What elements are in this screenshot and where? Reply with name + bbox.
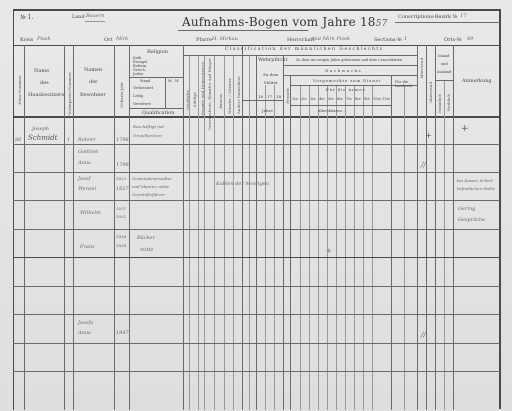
fremde-header: Fremde xyxy=(285,88,290,104)
bewohner-value: Anna xyxy=(78,160,91,166)
bewohner-value: Anna xyxy=(78,330,91,336)
col-line xyxy=(183,45,184,410)
inland-3: Ausland xyxy=(437,70,451,74)
stand-divider xyxy=(165,77,166,108)
stand-m: M. xyxy=(168,79,173,83)
year-col: 10te xyxy=(373,97,381,101)
col-line xyxy=(309,85,310,410)
year-col: 7te xyxy=(346,97,352,101)
wehrpflicht-header: Wehrpflicht xyxy=(258,57,287,63)
age-col: 17 xyxy=(267,94,272,99)
row-separator xyxy=(13,200,500,201)
namen-bewohner-header-1: Namen xyxy=(84,67,102,73)
jahr-value: 1834 xyxy=(116,234,126,239)
anmerkung-line-2: befindlichen Stelle xyxy=(457,186,495,191)
header-rule xyxy=(435,80,453,81)
qualification-line-1: Bäcker xyxy=(137,235,155,241)
pfarre-value: H. Mirkau xyxy=(212,36,238,42)
classification-title: Classification der männlichen Geschlecht… xyxy=(225,47,384,52)
year-col: 8te xyxy=(355,97,361,101)
col-line xyxy=(283,55,284,410)
census-sheet: № 1. Land Bauern Aufnahms-Bogen vom Jahr… xyxy=(0,0,512,411)
row-separator xyxy=(13,343,500,344)
sections-value: 1 xyxy=(404,36,407,42)
herrschaft-label: Herrschaft xyxy=(287,37,315,43)
conscriptions-underline xyxy=(395,22,500,23)
ort-label: Ort xyxy=(104,37,113,43)
col-line xyxy=(256,55,257,410)
header-rule xyxy=(290,105,391,106)
tick-mark: + xyxy=(425,131,432,140)
qualification-divider xyxy=(130,108,183,109)
anmerkung-header: Anmerkung xyxy=(462,78,492,84)
jahr-value: 1838 xyxy=(116,243,126,248)
religion-title: Religion xyxy=(147,49,168,55)
vertical-header: Adelige xyxy=(192,92,197,107)
row-separator xyxy=(13,144,500,145)
bewohner-value: Franz xyxy=(80,244,95,250)
tick-marks: // xyxy=(421,161,426,169)
name-hausbesitzer-header-2: des xyxy=(40,80,49,86)
maennlich-header: Männlich xyxy=(437,94,442,113)
vertical-header: Geistliche xyxy=(185,90,190,110)
geburtsjahr-header: Geburts-Jahr xyxy=(119,82,124,108)
qualification-header: Qualification xyxy=(142,110,174,116)
sub-title: Zu dem im vorigen Jahre geborenen und de… xyxy=(296,58,402,62)
bewohner-value: Wenzel xyxy=(78,186,96,192)
weiblich-header: Weiblich xyxy=(446,94,451,111)
row-separator xyxy=(13,172,500,173)
col-line xyxy=(300,85,301,410)
stand-w: W. xyxy=(175,79,179,83)
jahr-value: 1796 xyxy=(116,162,129,168)
year-col: 1te xyxy=(292,97,298,101)
qualification-line-1: Gemeindeverwalter xyxy=(132,176,172,181)
col-line xyxy=(64,45,65,410)
anmerkung-line-2: Gespräche xyxy=(458,217,485,223)
kreis-value: Pisek xyxy=(37,36,51,42)
col-line xyxy=(214,55,215,410)
altersklassen-label: Altersklassen ... xyxy=(318,109,346,113)
col-line xyxy=(426,45,427,410)
col-line xyxy=(290,75,291,410)
jahr-value: 1827 xyxy=(116,186,129,192)
page-title: Aufnahms-Bogen vom Jahre 1857 xyxy=(182,15,387,29)
year-col: 6te xyxy=(337,97,343,101)
title-underline xyxy=(178,30,308,31)
header-rule xyxy=(183,55,417,56)
stand-row: Verwitwet xyxy=(133,102,151,106)
religion-block-divider xyxy=(130,77,183,78)
anmerkung-line-1: bei Kaiser, Scherl xyxy=(457,178,493,183)
col-line xyxy=(13,45,14,410)
col-line xyxy=(73,45,74,410)
col-line xyxy=(318,85,319,410)
col-line xyxy=(336,85,337,410)
number-label: № 1. xyxy=(20,14,33,21)
partei-value: 1 xyxy=(67,137,70,143)
year-col: 5te xyxy=(328,97,334,101)
cross-mark-small: + xyxy=(326,247,332,255)
year-col: 2te xyxy=(301,97,307,101)
middle-note: Koblen der Meistgen xyxy=(216,181,269,187)
vorgemerkte-header: Vorgemerkte zum Dienst xyxy=(313,78,381,83)
year-col: 11te xyxy=(382,97,390,101)
col-line xyxy=(453,45,454,410)
vertical-header: Andere Einwohner xyxy=(236,76,241,114)
frame-right xyxy=(499,9,501,409)
landwehr-2: Landwehr xyxy=(395,84,413,88)
row-separator xyxy=(13,371,500,372)
header-rule xyxy=(283,75,417,76)
jahre-label: Jahre xyxy=(262,108,273,113)
cross-mark: + xyxy=(461,124,469,134)
stand-row: Verheiratet xyxy=(133,86,153,90)
col-line xyxy=(404,85,405,410)
name-hausbesitzer-header-3: Hausbesitzers xyxy=(28,92,64,98)
qualification-line-1: Beschäftigt mit xyxy=(133,124,164,129)
inland-2: und xyxy=(441,62,448,66)
row-separator xyxy=(13,229,500,230)
bewohner-value: Gottlieb xyxy=(78,149,98,155)
nachwuchs-header: Nachwuchs xyxy=(325,68,362,73)
vertical-header: Häusler / Gärtner xyxy=(227,78,232,114)
inland-1: Inland xyxy=(438,54,449,58)
bewohner-value: Rohrer xyxy=(78,137,96,143)
conscriptions-value: 17 xyxy=(460,13,466,19)
orts-label: Orts-№ xyxy=(444,37,462,43)
year-col: 4te xyxy=(319,97,325,101)
name-hausbesitzer-header-1: Name xyxy=(34,68,49,74)
haus-nummer-header: Haus-Nummer xyxy=(17,75,22,105)
row-separator xyxy=(13,257,500,258)
herrschaft-value: Gut Mirk Pisek xyxy=(312,36,350,42)
qualification-line-2: Grundbesitzer xyxy=(133,133,162,138)
wohnpartei-header: Wohnpartei-Nummer xyxy=(67,72,72,115)
jahr-value: 1796 xyxy=(116,137,129,143)
bewohner-value: Wilhelm xyxy=(80,210,101,216)
frame-top xyxy=(13,9,500,11)
anmerkung-line-1: Gering xyxy=(458,206,475,212)
col-line xyxy=(444,80,445,410)
col-line xyxy=(345,85,346,410)
sections-label: Sections-№ xyxy=(374,37,402,43)
haus-nr-value: 86 xyxy=(15,137,21,143)
jahr-value: 1832 xyxy=(116,214,126,219)
col-line xyxy=(354,85,355,410)
besitzer-value: Schmidt xyxy=(28,134,57,142)
ort-value: Mirk xyxy=(116,36,128,42)
header-rule xyxy=(243,100,283,101)
land-value: Bauern xyxy=(86,13,104,19)
abwesend-header-2: Abwesend xyxy=(428,82,433,103)
qualification-line-3: Geschäftsführer xyxy=(132,192,165,197)
vertical-header: Gewerbsleute, Künstler und Bürger xyxy=(207,58,212,130)
abwesend-header: Abwesend xyxy=(419,58,424,79)
qualification-line-2: mitte xyxy=(140,247,153,253)
conscriptions-label: Conscriptions-Bezirk № xyxy=(398,14,457,20)
col-line xyxy=(198,55,199,410)
religion-row: Juden xyxy=(133,72,143,76)
vertical-header: Bauern xyxy=(218,94,223,109)
kreis-label: Kreis xyxy=(20,37,33,43)
age-col: 18 xyxy=(276,94,281,99)
qualification-line-2: und Maurer, mitte xyxy=(132,184,169,189)
tick-marks: // xyxy=(421,331,426,339)
land-underline xyxy=(85,21,105,22)
jahr-value: 1847 xyxy=(116,330,129,336)
jahr-value: 1823 xyxy=(116,176,126,181)
bewohner-value: Josefa xyxy=(78,320,93,326)
col-line xyxy=(129,45,130,410)
col-line xyxy=(233,55,234,410)
orts-value: 89 xyxy=(467,36,473,42)
col-line xyxy=(435,45,436,410)
col-line xyxy=(224,55,225,410)
besitzer-firstname: Joseph xyxy=(32,126,49,132)
col-line xyxy=(24,45,25,410)
zum-militaer-2: Militär xyxy=(264,80,278,85)
col-line xyxy=(114,45,115,410)
pfarre-label: Pfarre xyxy=(196,37,212,43)
land-label: Land xyxy=(72,14,85,20)
col-line xyxy=(372,85,373,410)
col-line xyxy=(274,85,275,410)
year-col: 9te xyxy=(364,97,370,101)
bewohner-value: Josef xyxy=(78,176,90,182)
header-rule xyxy=(283,65,417,66)
stand-title: Stand xyxy=(140,79,150,83)
namen-bewohner-header-3: Bewohner xyxy=(80,92,106,98)
row-separator xyxy=(13,314,500,315)
row-separator xyxy=(13,286,500,287)
col-line xyxy=(363,85,364,410)
col-line xyxy=(417,45,418,410)
jahr-value: 1831 xyxy=(116,206,126,211)
col-line xyxy=(265,85,266,410)
zum-militaer-1: Zu dem xyxy=(263,72,278,77)
year-col: 3te xyxy=(310,97,316,101)
stand-row: Ledig xyxy=(133,94,143,98)
vertical-header: Beamte und Honoratioren xyxy=(200,62,205,115)
age-col: 16 xyxy=(258,94,263,99)
col-line xyxy=(391,75,392,410)
namen-bewohner-header-2: der xyxy=(89,79,98,85)
col-line xyxy=(249,55,250,410)
armee-header: Für die Armee xyxy=(326,87,366,92)
